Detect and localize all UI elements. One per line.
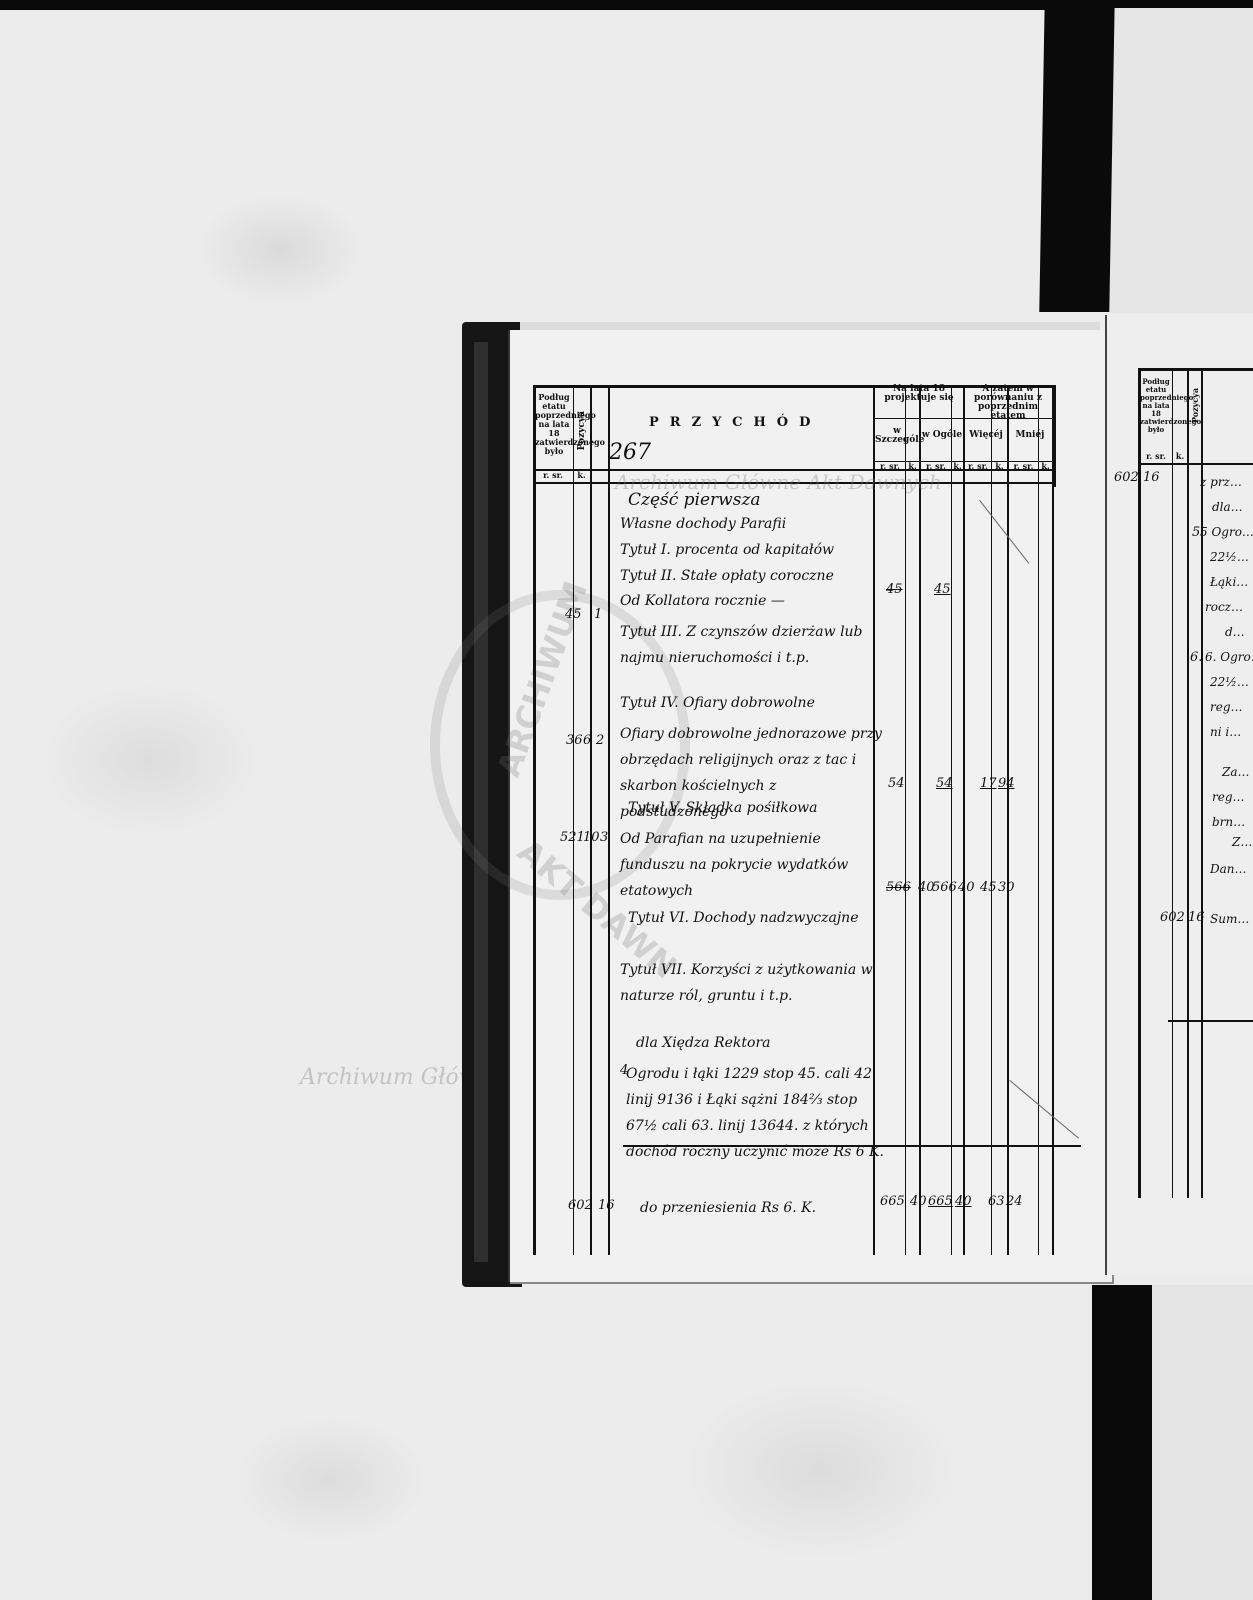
row-title-7: Tytuł VII. Korzyści z użytkowania w natu… (620, 957, 885, 1009)
position-2: 2 (596, 733, 604, 748)
detail-rs-row1: 45 (886, 582, 903, 597)
position-3: 3 (600, 830, 608, 845)
carry-prev-k: 16 (598, 1198, 615, 1213)
facing-line: Za… (1222, 765, 1250, 779)
row-title-5: Tytuł V. Składka pośiłkowa (628, 800, 817, 816)
header-compare: A zatem w porównaniu z poprzednim etatem (965, 385, 1051, 421)
row-rector: dla Xiędza Rektora (636, 1035, 771, 1051)
facing-ledger-table: Podług etatu poprzedniego na lata 18 zat… (1138, 368, 1253, 1198)
facing-line: dla… (1212, 500, 1243, 514)
facing-line: 22½… (1210, 550, 1249, 564)
row-garden: Ogrodu i łąki 1229 stop 45. cali 42 lini… (626, 1061, 891, 1165)
header-more: Więcéj (965, 431, 1007, 440)
facing-line: reg… (1210, 700, 1243, 714)
carry-detail-rs: 665 (880, 1194, 905, 1209)
facing-header-position: Pozycya (1190, 388, 1200, 423)
facing-line: Z… (1232, 835, 1252, 849)
detail-rs-row3: 566 (886, 880, 911, 895)
facing-line: z prz… (1200, 475, 1242, 489)
carry-detail-k: 40 (910, 1194, 927, 1209)
unit-k: k. (1039, 462, 1052, 471)
total-rs-row1: 45 (934, 582, 951, 597)
facing-line: brn… (1212, 815, 1245, 829)
header-total: w Ogóle (921, 431, 963, 440)
more-k-row3: 30 (998, 880, 1015, 895)
prev-rs-row1: 45 (565, 607, 582, 622)
adjacent-sheet-lower (1152, 1285, 1253, 1600)
position-1: 1 (594, 607, 602, 622)
facing-carried-k: 16 (1143, 470, 1160, 485)
unit-rs: r. sr. (1009, 462, 1038, 471)
carry-total-rs: 665 (928, 1194, 953, 1209)
row-section-title: Część pierwsza (628, 490, 761, 510)
total-rs-row3: 566 (932, 880, 957, 895)
facing-sum-rs: 602 (1160, 910, 1185, 925)
row-title-1: Tytuł I. procenta od kapitałów (620, 542, 834, 558)
more-k-row2: 94 (998, 776, 1015, 791)
facing-line: rocz… (1205, 600, 1243, 614)
facing-line: d… (1225, 625, 1245, 639)
prev-k-row3: 10 (583, 830, 600, 845)
facing-line: Dan… (1210, 862, 1247, 876)
facing-header-prev: Podług etatu poprzedniego na lata 18 zat… (1140, 378, 1172, 434)
facing-line: reg… (1212, 790, 1245, 804)
more-rs-row2: 17 (980, 776, 997, 791)
carry-more-rs: 63 (988, 1194, 1005, 1209)
facing-line: ni i… (1210, 725, 1241, 739)
carry-prev-rs: 602 (568, 1198, 593, 1213)
unit-k: k. (574, 471, 589, 480)
more-rs-row3: 45 (980, 880, 997, 895)
prev-rs-row2: 36 (566, 733, 583, 748)
row-own-income: Własne dochody Parafii (620, 516, 786, 532)
facing-line: 22½… (1210, 675, 1249, 689)
detail-rs-row2: 54 (888, 776, 905, 791)
facing-carried-rs: 602 (1114, 470, 1139, 485)
row-title-3: Tytuł III. Z czynszów dzierżaw lub najmu… (620, 619, 880, 671)
header-less: Mniéj (1009, 431, 1051, 440)
row-parishioners: Od Parafian na uzupełnienie funduszu na … (620, 826, 885, 904)
header-projected: Na lata 18 projektuje się (875, 385, 963, 403)
unit-rs: r. sr. (965, 462, 991, 471)
facing-sum-k: 16 (1188, 910, 1205, 925)
facing-unit-rs: r. sr. (1140, 452, 1172, 461)
prev-k-row2: 6 (583, 733, 591, 748)
carry-more-k: 24 (1006, 1194, 1023, 1209)
carry-label: do przeniesienia Rs 6. K. (640, 1200, 816, 1216)
prev-rs-row3: 521 (560, 830, 585, 845)
unit-k: k. (992, 462, 1007, 471)
facing-position-6: 6. (1190, 650, 1202, 665)
unit-k: k. (952, 462, 963, 471)
position-4: 4 (620, 1063, 628, 1078)
row-title-4: Tytuł IV. Ofiary dobrowolne (620, 695, 815, 711)
facing-unit-k: k. (1173, 452, 1187, 461)
row-title-2: Tytuł II. Stałe opłaty coroczne (620, 568, 834, 584)
adjacent-sheet (1105, 8, 1253, 313)
total-rs-row2: 54 (936, 776, 953, 791)
header-position: Pozycya (577, 411, 587, 450)
row-title-6: Tytuł VI. Dochody nadzwyczajne (628, 905, 888, 931)
scan-gap-shadow (1039, 0, 1114, 312)
scan-gap-shadow-lower (1092, 1285, 1152, 1600)
carry-total-k: 40 (955, 1194, 972, 1209)
folio-number: 267 (609, 440, 651, 465)
unit-rs: r. sr. (535, 471, 571, 480)
facing-line: Łąki… (1210, 575, 1248, 589)
header-prev-budget: Podług etatu poprzedniego na lata 18 zat… (535, 393, 573, 456)
facing-line: 6. Ogro… (1205, 650, 1253, 664)
facing-line: 5 Ogro… (1200, 525, 1253, 539)
row-collator: Od Kollatora rocznie — (620, 593, 785, 609)
facing-sum-label: Sum… (1210, 912, 1249, 926)
header-detail: w Szczególe (875, 427, 919, 445)
page-title: PRZYCHÓD (649, 415, 821, 430)
total-k-row3: 40 (958, 880, 975, 895)
